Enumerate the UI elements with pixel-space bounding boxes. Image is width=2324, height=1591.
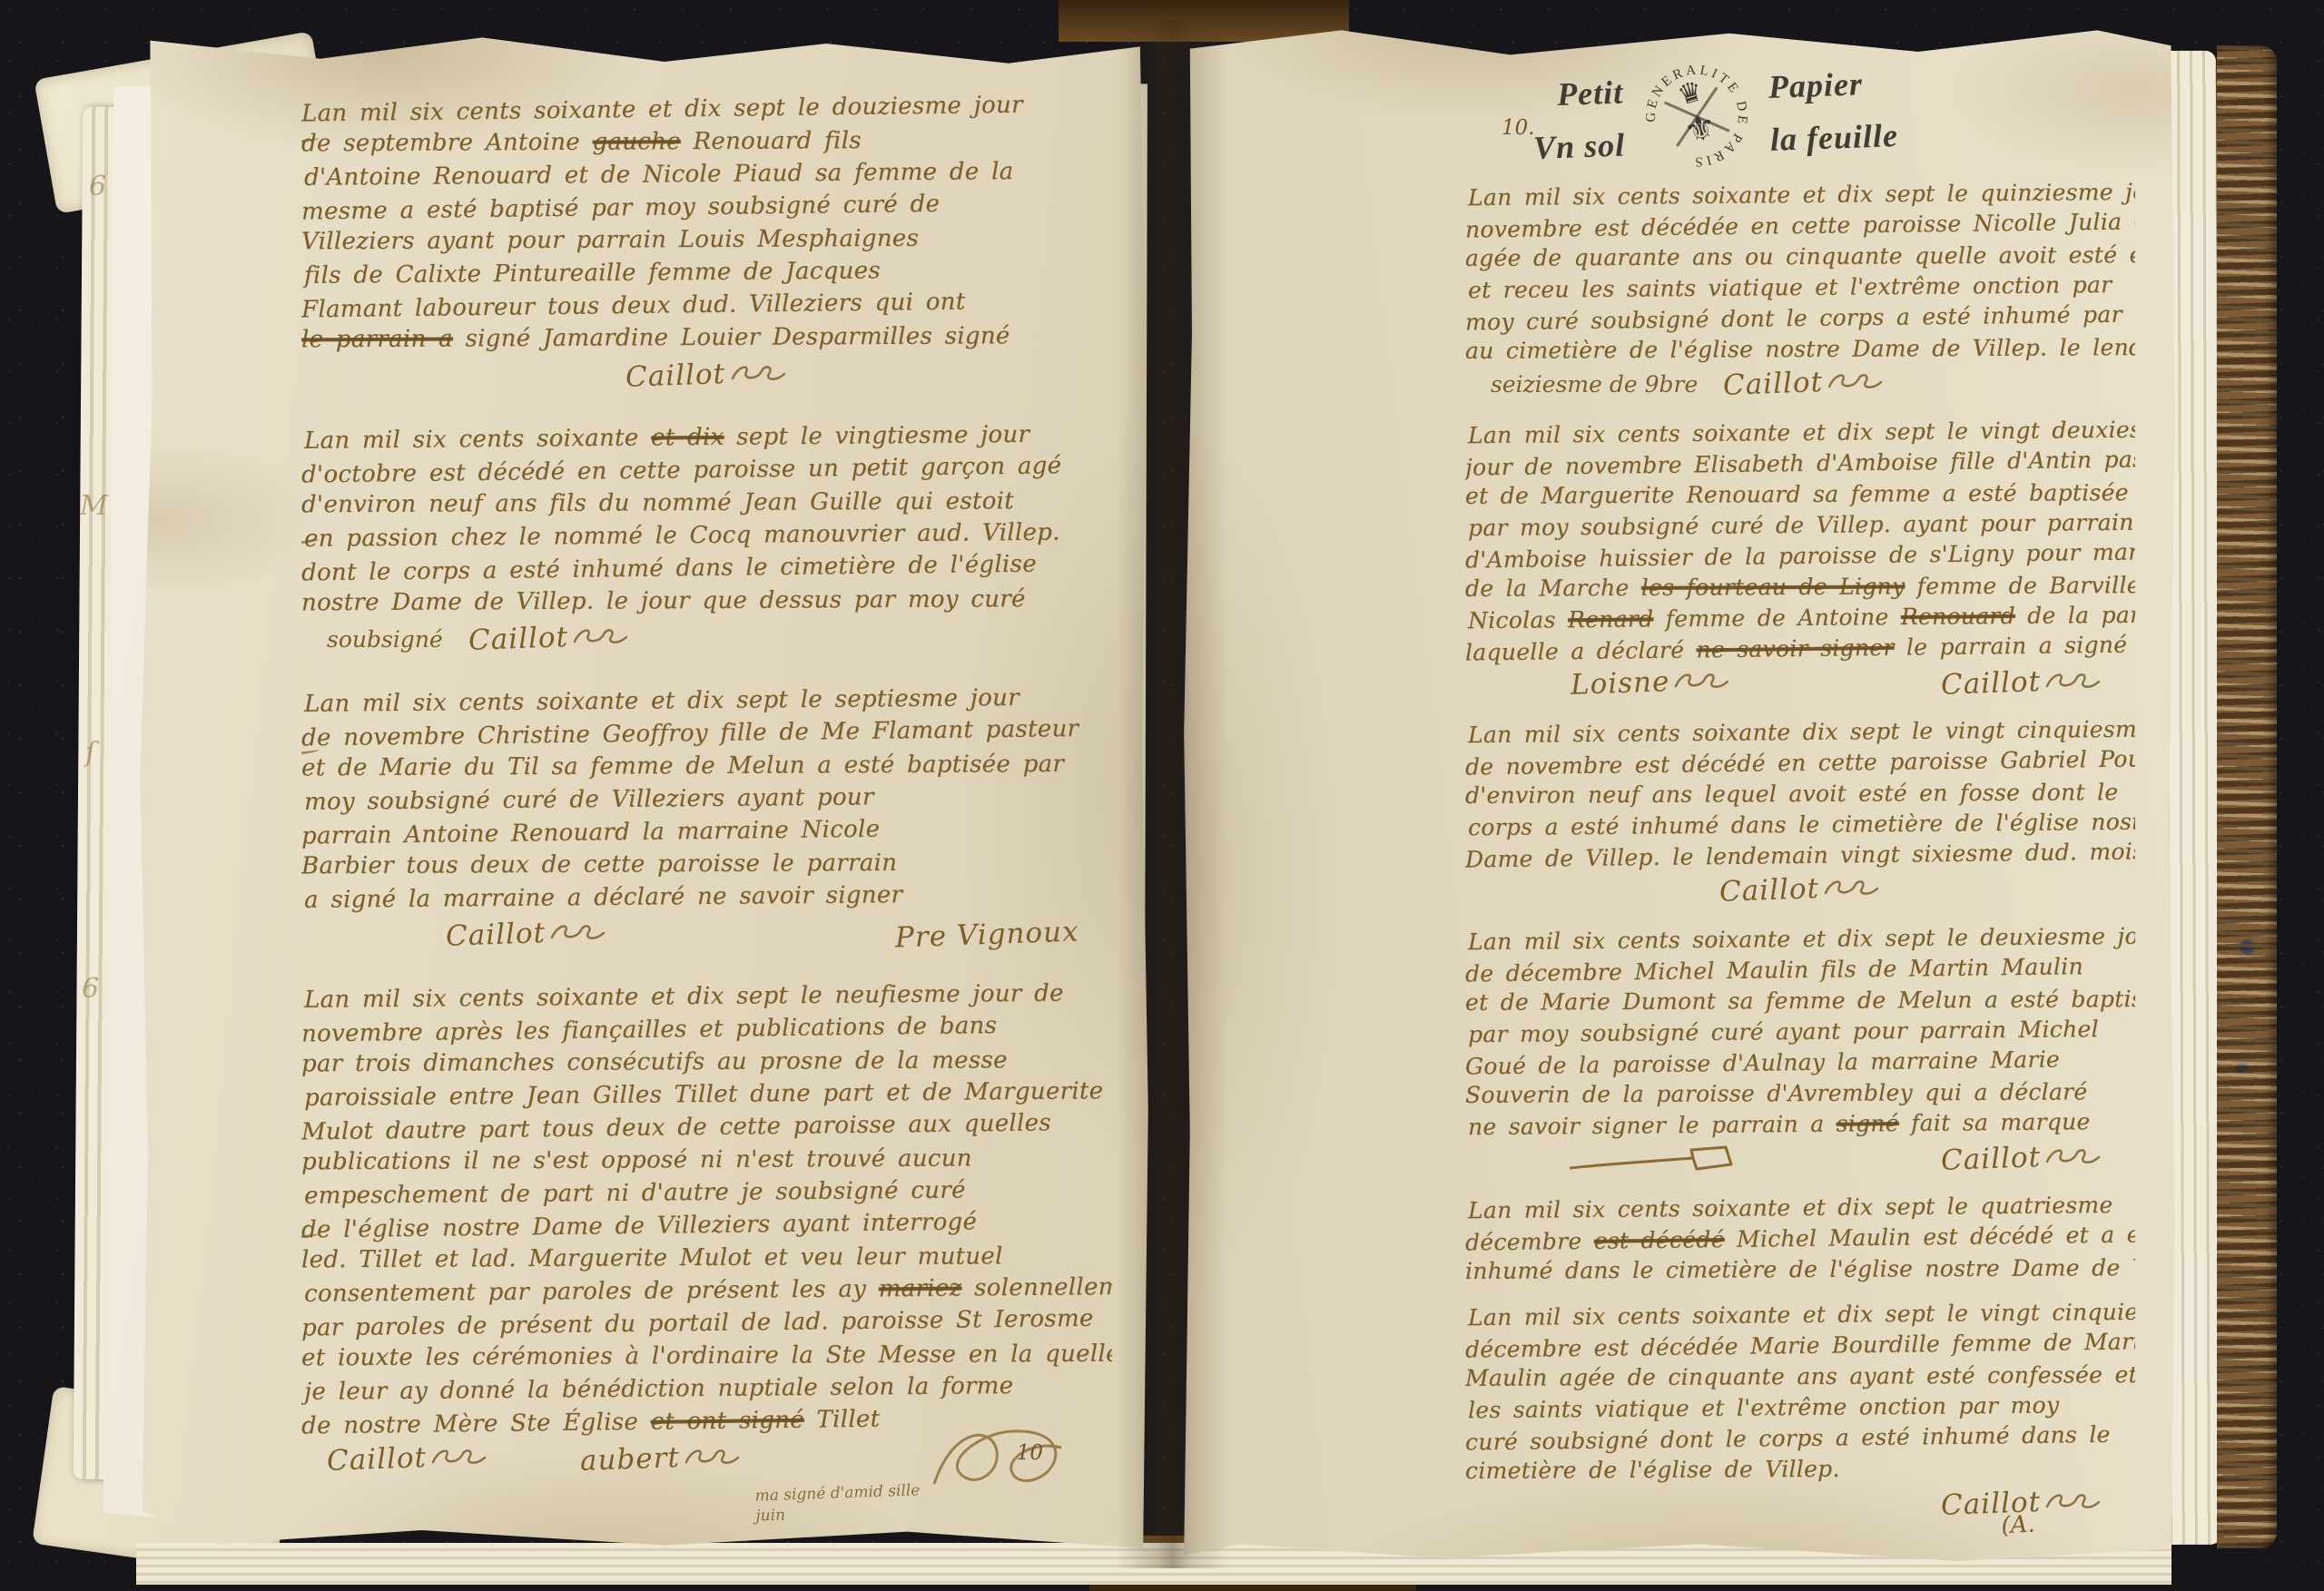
manuscript-line: Villeziers ayant pour parrain Louis Mesp…: [301, 221, 1112, 259]
page-edge-text-fragment: 6: [89, 171, 106, 202]
signature-caillot: Caillot: [1941, 1143, 2102, 1175]
signature-row: Caillot: [1465, 1140, 2135, 1178]
paraph-flourish-icon: [730, 362, 788, 389]
manuscript-line: ne savoir signer le parrain a signé fait…: [1468, 1106, 2135, 1143]
register-entry: MariageLan mil six cents soixante et dix…: [301, 980, 1112, 1521]
signature-aubert: aubert: [580, 1443, 742, 1476]
stamp-word: Papier: [1768, 64, 1896, 106]
paraph-flourish-icon: [1823, 877, 1881, 904]
signature-row: CaillotPre Vignoux: [301, 913, 1112, 957]
signature-caillot: Caillot: [1719, 874, 1881, 907]
register-entry: MortuaireLan mil six cents soixante et d…: [301, 421, 1112, 661]
manuscript-line: au cimetière de l'église nostre Dame de …: [1465, 332, 2135, 367]
manuscript-line: Barbier tous deux de cette paroisse le p…: [301, 846, 1112, 883]
right-page: Petit Vn sol GENERALITE DE PARIS ♛ ⚜ P: [1182, 27, 2177, 1561]
signature-name: Pre Vignoux: [895, 915, 1080, 954]
register-entry: mortuaireLan mil six cents soixante et d…: [1465, 1193, 2135, 1285]
signature-name: Caillot: [445, 917, 546, 953]
generalite-de-paris-emblem: GENERALITE DE PARIS ♛ ⚜: [1618, 37, 1775, 194]
signature-row: Caillot: [1465, 871, 2135, 909]
manuscript-line: led. Tillet et lad. Marguerite Mulot et …: [301, 1240, 1112, 1277]
witness-mark-icon: [1566, 1144, 1738, 1174]
closing-text: seiziesme de 9bre: [1491, 371, 1698, 398]
manuscript-line: et iouxte les cérémonies à l'ordinaire l…: [301, 1338, 1112, 1375]
page-number: 10: [1017, 1441, 1043, 1465]
manuscript-line: le parrain a signé Jamardine Louier Desp…: [301, 319, 1112, 357]
paraph-flourish-icon: [1827, 370, 1885, 398]
manuscript-line: de septembre Antoine gauche Renouard fil…: [301, 123, 1112, 161]
manuscript-line: de la Marche les fourteau de Ligny femme…: [1465, 570, 2135, 604]
signature-name: Caillot: [1723, 366, 1824, 402]
manuscript-line: publications il ne s'est opposé ni n'est…: [301, 1142, 1112, 1179]
paraph-flourish-icon: [430, 1446, 488, 1473]
signature-loisne: Loisne: [1571, 667, 1731, 700]
left-page-entries: baptesmereceüeLan mil six cents soixante…: [301, 93, 1112, 1541]
signature-caillot: Caillot: [327, 1443, 488, 1476]
signature-name: Caillot: [1718, 872, 1819, 908]
stamp-left-column: Petit Vn sol: [1531, 74, 1625, 167]
signature-name: aubert: [579, 1441, 680, 1478]
manuscript-line: agée de quarante ans ou cinquante quelle…: [1465, 240, 2135, 274]
signature-row: Caillotaubert: [301, 1438, 1112, 1481]
signature-caillot: Caillot: [446, 918, 607, 951]
register-entry: MortuaireLan mil six cents soixante et d…: [1465, 1300, 2135, 1550]
register-entry: BaptesmeLan mil six cents soixante et di…: [1465, 924, 2135, 1178]
signature-name: Caillot: [468, 621, 568, 657]
manuscript-line: cimetière de l'église de Villep.: [1465, 1452, 2135, 1487]
manuscript-line: a signé la marraine a déclaré ne savoir …: [304, 877, 1112, 917]
right-page-entries: MortuaireLan mil six cents soixante et d…: [1465, 180, 2135, 1556]
paraph-flourish-icon: [1673, 670, 1731, 697]
manuscript-line: et de Marguerite Renouard sa femme a est…: [1465, 477, 2135, 512]
stamp-word: Vn sol: [1532, 125, 1625, 167]
register-entry: baptesmereceüeLan mil six cents soixante…: [301, 93, 1112, 398]
marginal-note: ma signé d'amid sillejuin: [754, 1476, 1046, 1526]
stamp-right-column: Papier la feuille: [1768, 64, 1898, 159]
manuscript-line: Souverin de la paroisse d'Avrembley qui …: [1465, 1076, 2135, 1111]
marbled-fore-edge: [2217, 45, 2277, 1548]
register-entry: MortuaireLan mil six cents soixante dix …: [1465, 717, 2135, 909]
fleur-de-lis-icon: ⚜: [1679, 104, 1722, 152]
signature-name: Caillot: [326, 1441, 427, 1478]
signature-name: Caillot: [1940, 1141, 2041, 1177]
open-register-book-photo: 6 M ſ 6 baptesmereceüeLan mil six cents …: [0, 0, 2324, 1591]
left-page: baptesmereceüeLan mil six cents soixante…: [138, 34, 1150, 1548]
stamp-word: Petit: [1531, 74, 1623, 115]
register-entry: baptesmeLan mil six cents soixante et di…: [301, 684, 1112, 957]
manuscript-line: par trois dimanches consécutifs au prosn…: [301, 1044, 1112, 1081]
signature-row: soubsignéCaillot: [301, 617, 1112, 661]
paraph-flourish-icon: [572, 625, 630, 653]
signature-name: Caillot: [625, 358, 726, 394]
page-edge-text-fragment: M: [80, 490, 108, 522]
signature-name: Caillot: [1940, 665, 2041, 702]
signature-caillot: Caillot: [625, 359, 787, 392]
manuscript-line: Maulin agée de cinquante ans ayant esté …: [1465, 1360, 2135, 1394]
signature-row: LoisneCaillot: [1465, 664, 2135, 702]
signature-row: seiziesme de 9breCaillot: [1465, 365, 2135, 403]
page-edge-text-fragment: ſ: [85, 737, 95, 769]
signature-row: Caillot: [301, 354, 1112, 398]
register-entry: MortuaireLan mil six cents soixante et d…: [1465, 180, 2135, 403]
manuscript-line: et de Marie Dumont sa femme de Melun a e…: [1465, 984, 2135, 1018]
closing-text: soubsigné: [327, 626, 443, 653]
paraph-flourish-icon: [2044, 670, 2102, 697]
paraph-flourish-icon: [2044, 1145, 2102, 1173]
manuscript-line: nostre Dame de Villep. le jour que dessu…: [301, 583, 1112, 620]
signature-caillot: Caillot: [1723, 368, 1885, 400]
manuscript-line: d'environ neuf ans fils du nommé Jean Gu…: [301, 485, 1112, 522]
manuscript-line: et de Marie du Til sa femme de Melun a e…: [301, 748, 1112, 785]
page-edge-text-fragment: 6: [82, 973, 99, 1005]
register-entry: baptesmeLan mil six cents soixante et di…: [1465, 417, 2135, 702]
signature-caillot: Caillot: [468, 623, 630, 655]
stamp-word: la feuille: [1769, 116, 1898, 159]
signature-caillot: Caillot: [1941, 667, 2102, 700]
tax-stamp: Petit Vn sol GENERALITE DE PARIS ♛ ⚜ P: [1531, 43, 1900, 188]
signature-pre-vignoux: Pre Vignoux: [895, 918, 1079, 951]
manuscript-line: inhumé dans le cimetière de l'église nos…: [1465, 1252, 2135, 1287]
paraph-flourish-icon: [549, 921, 607, 948]
manuscript-line: d'environ neuf ans lequel avoit esté en …: [1465, 777, 2135, 811]
folio-number: 10.: [1502, 116, 1535, 140]
signature-name: Loisne: [1570, 665, 1670, 702]
paraph-flourish-icon: [684, 1446, 742, 1473]
